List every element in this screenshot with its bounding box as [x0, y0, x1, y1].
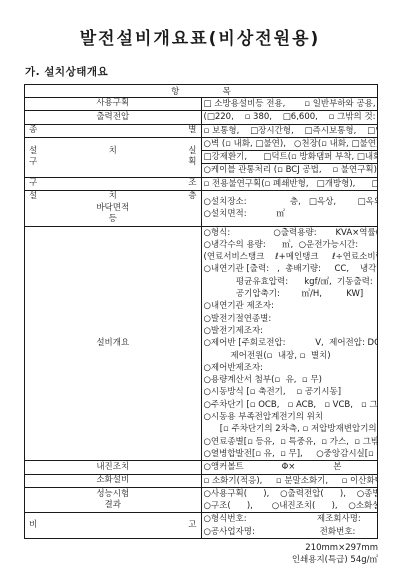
row-install-floor: 설 치 층 바닥면적 등 ○설치장소: 층, □옥상, □옥외 ○설치면적: ㎡ [25, 191, 378, 227]
row-label-install-floor-line3: 등 [27, 214, 199, 226]
content-line: ○설치면적: ㎡ [204, 208, 376, 220]
row-label-structure: 구 조 [25, 177, 202, 190]
row-label-install-floor: 설 치 층 바닥면적 등 [25, 191, 202, 227]
content-line: ○사용구획( ), ○출력전압( ), ○종별( ), ○설치실구획( ), [204, 488, 376, 500]
content-line: ○내연기관 [출력: , 총배기량: CC, 냉각방식(▫ 공냉, ▫ 수냉), [204, 263, 376, 275]
row-label-remarks: 비 고 [25, 513, 202, 539]
overview-table: 항 목 사용구획 □ 소방용설비등 전용, ▫ 일반부하와 공용, □일반용 출… [24, 84, 378, 539]
content-line: ○앵커볼트 Φ× 본 [204, 461, 376, 473]
row-content-output-voltage: (□220, ▫ 380, □6,600, ▫ 그밖의 것: V [201, 111, 378, 124]
paper-spec-note: 인쇄용지(특급) 54g/㎡ [24, 554, 378, 565]
row-label-equipment-overview: 설비개요 [25, 226, 202, 461]
row-label-performance-test-line1: 성능시험 [27, 489, 199, 501]
content-line: □ 소방용설비등 전용, ▫ 일반부하와 공용, □일반용 [204, 98, 376, 110]
row-content-structure: ▫ 전용불연구획(▫ 폐쇄반형, □개방형), □큐비클 [201, 177, 378, 190]
content-line: 제어전원(▫ 내장, ▫ 별치) [204, 350, 376, 362]
row-label-install-floor-line2: 바닥면적 [27, 203, 199, 215]
row-label-type: 종 별 [25, 124, 202, 137]
content-line: ○공사업자명: 전화번호: [204, 526, 376, 538]
row-performance-test: 성능시험 결과 ○사용구획( ), ○출력전압( ), ○종별( ), ○설치실… [25, 487, 378, 513]
content-line: □강제환기, □덕트(▫ 방화댐퍼 부착, □내화피복), ▫ 자연환기 [204, 151, 376, 163]
row-label-type-text: 종 별 [27, 125, 199, 137]
row-content-install-room-3: ○케이블 관통처리 (▫ BCJ 공법, ▫ 불연구획) [201, 164, 378, 177]
content-line: ▫ 소화기(적응), ▫ 분말소화기, ▫ 이산화탄소소화설비, ▫ 그밖의 것 [204, 475, 376, 487]
content-line: [▫ 주차단기의 2차측, ▫ 저압방재변압기의 2차측, ▫ 그밖의 것: ] [204, 423, 376, 435]
content-line: (연료서비스탱크 ℓ+메인탱크 ℓ÷연료소비량 ℓ/H=운전가능시간 시간 [204, 251, 376, 263]
row-label-output-voltage: 출력전압 [25, 111, 202, 124]
row-content-type: ▫ 보통형, □장시간형, □즉시보통형, □인시장시간형 [201, 124, 378, 137]
row-content-equipment-overview: ○형식: ○출력용량: KVA×역률( ) =조례출력 KW ○냉각수의 용량:… [201, 226, 378, 461]
content-line: ○열병합발전[▫ 유, ▫ 무], ○중앙감시실[▫ 유, ▫ 무] [204, 448, 376, 460]
document-page: 발전설비개요표(비상전원용) 가. 설치상태개요 항 목 사용구획 □ 소방용설… [0, 24, 400, 565]
content-line: ○구조( ), ○내진조치( ), ○소화설비( ) [204, 500, 376, 512]
content-line: ○발전기절연종별: [204, 313, 376, 325]
row-label-install-floor-line1: 설 치 층 [27, 191, 199, 203]
content-line: ▫ 전용불연구획(▫ 폐쇄반형, □개방형), □큐비클 [204, 178, 376, 190]
content-line: 평균유효압력: kgf/㎠, 기동출력: V, KW, [204, 276, 376, 288]
content-line: ○주차단기 [▫ OCB, ▫ ACB, ▫ VCB, ▫ 그밖의 것: ] [204, 399, 376, 411]
row-remarks: 비 고 ○형식번호: 제조회사명: ○공사업자명: 전화번호: [25, 513, 378, 539]
content-line: ○형식: ○출력용량: KVA×역률( ) =조례출력 KW [204, 227, 376, 239]
row-install-room-1: 설 치 실 구 획 ○벽 (▫ 내화, □불연), ○천장(▫ 내화, □불연)… [25, 137, 378, 150]
content-line: ○내연기관 제조자: [204, 300, 376, 312]
row-seismic: 내진조치 ○앵커볼트 Φ× 본 [25, 461, 378, 474]
row-content-remarks: ○형식번호: 제조회사명: ○공사업자명: 전화번호: [201, 513, 378, 539]
row-label-performance-test: 성능시험 결과 [25, 487, 202, 513]
row-equipment-overview: 설비개요 ○형식: ○출력용량: KVA×역률( ) =조례출력 KW ○냉각수… [25, 226, 378, 461]
row-label-install-room-line1: 설 치 실 [27, 146, 199, 158]
content-line: ○케이블 관통처리 (▫ BCJ 공법, ▫ 불연구획) [204, 164, 376, 176]
row-output-voltage: 출력전압 (□220, ▫ 380, □6,600, ▫ 그밖의 것: V [25, 111, 378, 124]
table-header-row: 항 목 [25, 85, 378, 98]
document-title: 발전설비개요표(비상전원용) [0, 24, 400, 49]
content-line: ○시동방식 [▫ 축전기, ▫ 공기시동] [204, 386, 376, 398]
row-structure: 구 조 ▫ 전용불연구획(▫ 폐쇄반형, □개방형), □큐비클 [25, 177, 378, 190]
row-content-seismic: ○앵커볼트 Φ× 본 [201, 461, 378, 474]
content-line: ○제어반 [주회로전압: V, 제어전압: DC V, [204, 337, 376, 349]
row-label-remarks-text: 비 고 [27, 520, 199, 532]
content-line: ○벽 (▫ 내화, □불연), ○천장(▫ 내화, □불연), ○개구부(▫ 갑… [204, 138, 376, 150]
row-content-install-room-2: □강제환기, □덕트(▫ 방화댐퍼 부착, □내화피복), ▫ 자연환기 [201, 151, 378, 164]
row-content-install-floor: ○설치장소: 층, □옥상, □옥외 ○설치면적: ㎡ [201, 191, 378, 227]
row-content-usage: □ 소방용설비등 전용, ▫ 일반부하와 공용, □일반용 [201, 98, 378, 111]
row-type: 종 별 ▫ 보통형, □장시간형, □즉시보통형, □인시장시간형 [25, 124, 378, 137]
row-label-install-room: 설 치 실 구 획 [25, 137, 202, 177]
content-line: (□220, ▫ 380, □6,600, ▫ 그밖의 것: V [204, 111, 376, 123]
content-line: ○냉각수의 용량: ㎥, ○운전가능시간: 분 [204, 239, 376, 251]
row-label-performance-test-line2: 결과 [27, 500, 199, 512]
content-line: ○제어반제조자: [204, 362, 376, 374]
content-line: ○발전기제조자: [204, 325, 376, 337]
page-footer: 210mm×297mm 인쇄용지(특급) 54g/㎡ [24, 542, 378, 565]
content-line: 공기압축기: ㎥/H, KW] [204, 288, 376, 300]
row-label-install-room-line2: 구 획 [27, 157, 199, 169]
row-label-usage: 사용구획 [25, 98, 202, 111]
content-line: ○용량계산서 첨부(▫ 유, ▫ 무) [204, 374, 376, 386]
row-content-install-room-1: ○벽 (▫ 내화, □불연), ○천장(▫ 내화, □불연), ○개구부(▫ 갑… [201, 137, 378, 150]
paper-size-note: 210mm×297mm [24, 542, 378, 554]
row-usage: 사용구획 □ 소방용설비등 전용, ▫ 일반부하와 공용, □일반용 [25, 98, 378, 111]
row-label-structure-text: 구 조 [27, 178, 199, 190]
row-label-seismic: 내진조치 [25, 461, 202, 474]
content-line: ○형식번호: 제조회사명: [204, 513, 376, 525]
content-line: ○설치장소: 층, □옥상, □옥외 [204, 196, 376, 208]
content-line: ○시동용 부족전압계전기의 위치 [204, 411, 376, 423]
row-fire-extinguishing: 소화설비 ▫ 소화기(적응), ▫ 분말소화기, ▫ 이산화탄소소화설비, ▫ … [25, 474, 378, 487]
section-heading: 가. 설치상태개요 [25, 64, 400, 79]
content-line: ○연료종별[▫ 등유, ▫ 특중유, ▫ 가스, ▫ 그밖의 것: ] [204, 436, 376, 448]
row-label-fire-extinguishing: 소화설비 [25, 474, 202, 487]
table-header-hang-mok: 항 목 [25, 85, 378, 98]
row-content-performance-test: ○사용구획( ), ○출력전압( ), ○종별( ), ○설치실구획( ), ○… [201, 487, 378, 513]
row-content-fire-extinguishing: ▫ 소화기(적응), ▫ 분말소화기, ▫ 이산화탄소소화설비, ▫ 그밖의 것 [201, 474, 378, 487]
content-line: ▫ 보통형, □장시간형, □즉시보통형, □인시장시간형 [204, 125, 376, 137]
